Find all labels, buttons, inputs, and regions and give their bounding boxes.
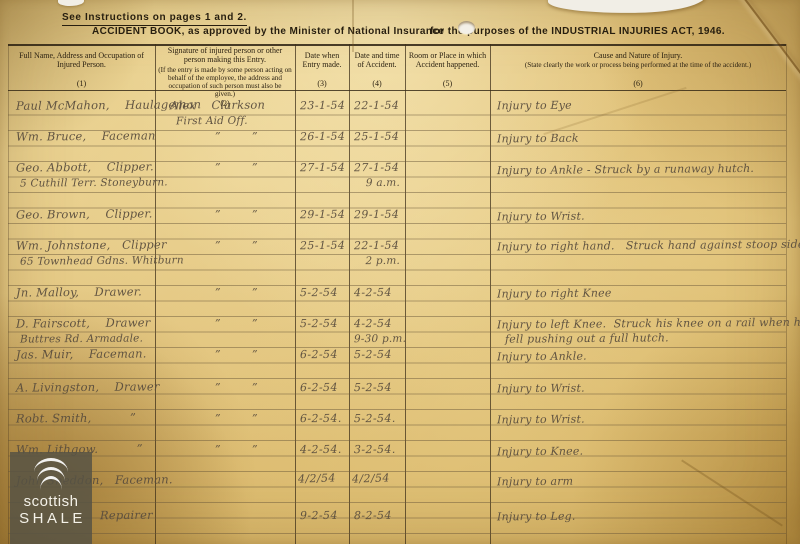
entry-date-made: 6-2-54.: [300, 411, 342, 426]
header-col-signature-sub: (If the entry is made by some person act…: [158, 66, 292, 99]
header-col-date-entry-number: (3): [317, 79, 326, 88]
entry-date-made: 6-2-54: [300, 347, 338, 362]
entry-name: D. Fairscott, Drawer: [16, 315, 151, 331]
entry-injury: Injury to Knee.: [497, 444, 583, 460]
entry-signature: Alex Clarkson: [170, 98, 265, 114]
entry-name: A. Livingston, Drawer: [16, 379, 160, 395]
ditto-mark: ”: [215, 316, 221, 331]
entry-injury: Injury to Leg.: [497, 509, 576, 525]
entry-name: Wm. Bruce, Faceman: [16, 128, 156, 144]
entry-date-accident: 4/2/54: [352, 470, 390, 486]
ditto-mark: ”: [215, 380, 221, 395]
ditto-mark: ”: [252, 285, 258, 300]
ditto-mark: ”: [215, 207, 221, 222]
header-col-room-number: (5): [443, 79, 452, 88]
ditto-mark: ”: [215, 238, 221, 253]
entry-date-made: 5-2-54: [300, 316, 338, 331]
entry-date-made: 29-1-54: [300, 207, 345, 222]
entry-date-made: 6-2-54: [300, 380, 338, 395]
header-col-cause-sub: (State clearly the work or process being…: [525, 61, 751, 69]
header-col-date-entry: Date when Entry made. (3): [295, 45, 349, 89]
entry-date-made: 23-1-54: [300, 98, 345, 113]
entry-injury: Injury to right Knee: [497, 286, 612, 302]
header-col-room-label: Room or Place in which Accident happened…: [408, 51, 487, 70]
instructions-note: See Instructions on pages 1 and 2.: [62, 12, 247, 26]
ditto-mark: ”: [252, 442, 258, 457]
entry-date-accident: 8-2-54: [354, 508, 392, 523]
ditto-mark: ”: [252, 207, 258, 222]
entry-date-made: 26-1-54: [300, 129, 345, 144]
entry-injury: Injury to Back: [497, 131, 579, 147]
header-col-cause-label: Cause and Nature of Injury.: [525, 51, 751, 60]
entry-injury-line2: fell pushing out a full hutch.: [505, 330, 669, 346]
entry-date-accident: 29-1-54: [354, 207, 399, 222]
entry-time-accident: 9 a.m.: [354, 176, 400, 191]
header-col-name-number: (1): [77, 79, 86, 88]
entry-date-made: 5-2-54: [300, 285, 338, 300]
entry-date-accident: 22-1-54: [354, 98, 399, 113]
ditto-mark: ”: [215, 347, 221, 362]
entry-injury: Injury to Wrist.: [497, 209, 585, 225]
ditto-mark: ”: [252, 129, 258, 144]
entry-injury: Injury to Ankle.: [497, 349, 587, 365]
header-col-name-label: Full Name, Address and Occupation of Inj…: [11, 51, 152, 70]
entry-signature-role: First Aid Off.: [176, 114, 248, 130]
entry-injury: Injury to Wrist.: [497, 381, 585, 397]
entry-time-accident: 9-30 p.m.: [354, 332, 400, 347]
entry-injury: Injury to arm: [497, 474, 573, 490]
entry-date-accident: 3-2-54.: [354, 442, 396, 457]
entry-date-accident: 27-1-54: [354, 160, 399, 175]
entry-name: Jn. Malloy, Drawer.: [16, 284, 142, 300]
ditto-mark: ”: [215, 442, 221, 457]
entry-name: Geo. Brown, Clipper.: [16, 206, 153, 222]
entry-injury: Injury to right hand. Struck hand agains…: [497, 237, 800, 255]
header-col-signature: Signature of injured person or other per…: [155, 45, 295, 89]
entry-date-accident: 4-2-54: [354, 285, 392, 300]
entry-date-made: 4-2-54.: [300, 442, 342, 457]
header-col-date-entry-label: Date when Entry made.: [298, 51, 346, 70]
header-col-signature-label: Signature of injured person or other per…: [158, 46, 292, 65]
ditto-mark: ”: [252, 238, 258, 253]
shale-waves-icon: [34, 458, 68, 485]
entry-date-made: 27-1-54: [300, 160, 345, 175]
entry-time-accident: 2 p.m.: [354, 254, 400, 269]
entry-injury: Injury to Ankle - Struck by a runaway hu…: [497, 161, 754, 178]
paper-hole: [458, 21, 475, 34]
ditto-mark: ”: [215, 285, 221, 300]
entry-date-made: 9-2-54: [300, 508, 338, 523]
entry-name: Geo. Abbott, Clipper.: [16, 159, 154, 175]
entry-name: Robt. Smith, ”: [16, 410, 136, 426]
entry-date-accident: 25-1-54: [354, 129, 399, 144]
ditto-mark: ”: [252, 380, 258, 395]
ditto-mark: ”: [215, 129, 221, 144]
entry-date-accident: 5-2-54: [354, 347, 392, 362]
header-col-date-accident-label: Date and time of Accident.: [352, 51, 402, 70]
scanned-accident-book-page: See Instructions on pages 1 and 2. ACCID…: [0, 0, 800, 544]
ditto-mark: ”: [215, 160, 221, 175]
entry-injury: Injury to Eye: [497, 98, 572, 114]
entry-name: Repairer: [100, 508, 153, 523]
header-col-date-accident-number: (4): [372, 79, 381, 88]
watermark-text-scottish: scottish: [24, 494, 79, 510]
ditto-mark: ”: [252, 411, 258, 426]
entry-date-made: 25-1-54: [300, 238, 345, 253]
entry-name: Jas. Muir, Faceman.: [16, 346, 147, 362]
ditto-mark: ”: [215, 411, 221, 426]
entry-name: Wm. Johnstone, Clipper: [16, 237, 167, 253]
entry-address: 65 Townhead Gdns. Whitburn: [20, 253, 184, 269]
entry-date-made: 4/2/54: [298, 470, 336, 486]
ditto-mark: ”: [252, 160, 258, 175]
header-col-cause-number: (6): [633, 79, 642, 88]
header-col-date-accident: Date and time of Accident. (4): [349, 45, 405, 89]
entry-address: Buttres Rd. Armadale.: [20, 331, 143, 347]
header-col-room: Room or Place in which Accident happened…: [405, 45, 490, 89]
entry-date-accident: 22-1-54: [354, 238, 399, 253]
entry-date-accident: 4-2-54: [354, 316, 392, 331]
entry-address: 5 Cuthill Terr. Stoneyburn.: [20, 175, 168, 191]
watermark-text-shale: SHALE: [19, 510, 86, 527]
entry-date-accident: 5-2-54: [354, 380, 392, 395]
header-col-cause: Cause and Nature of Injury. (State clear…: [490, 45, 786, 89]
header-col-name: Full Name, Address and Occupation of Inj…: [8, 45, 155, 89]
entry-date-accident: 5-2-54.: [354, 411, 396, 426]
ditto-mark: ”: [252, 347, 258, 362]
entry-injury: Injury to Wrist.: [497, 412, 585, 428]
page-title: ACCIDENT BOOK, as approved by the Minist…: [92, 25, 444, 38]
ditto-mark: ”: [252, 316, 258, 331]
scottish-shale-watermark: scottish SHALE: [10, 452, 92, 544]
